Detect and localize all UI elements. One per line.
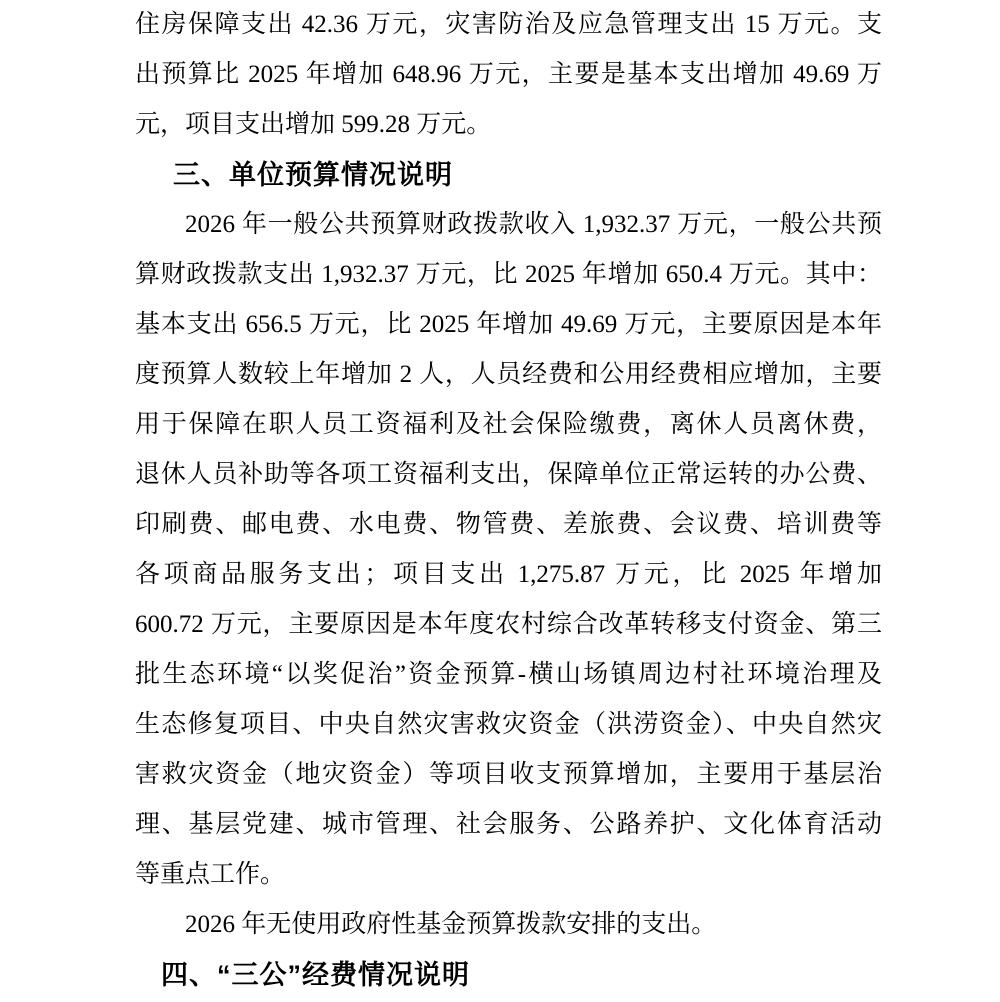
paragraph-line: 住房保障支出 42.36 万元，灾害防治及应急管理支出 15 万元。支: [135, 0, 882, 50]
paragraph-line: 等重点工作。: [135, 850, 882, 900]
paragraph-line: 退休人员补助等各项工资福利支出，保障单位正常运转的办公费、: [135, 450, 882, 500]
document-text-block: 住房保障支出 42.36 万元，灾害防治及应急管理支出 15 万元。支 出预算比…: [135, 0, 882, 1000]
paragraph-line: 600.72 万元，主要原因是本年度农村综合改革转移支付资金、第三: [135, 600, 882, 650]
paragraph-line: 用于保障在职人员工资福利及社会保险缴费，离休人员离休费，: [135, 400, 882, 450]
paragraph-line: 度预算人数较上年增加 2 人，人员经费和公用经费相应增加，主要: [135, 350, 882, 400]
paragraph-line: 元，项目支出增加 599.28 万元。: [135, 100, 882, 150]
document-page: 住房保障支出 42.36 万元，灾害防治及应急管理支出 15 万元。支 出预算比…: [0, 0, 1000, 1002]
paragraph-line: 2026 年一般公共预算财政拨款收入 1,932.37 万元，一般公共预: [135, 200, 882, 250]
paragraph-line: 算财政拨款支出 1,932.37 万元，比 2025 年增加 650.4 万元。…: [135, 250, 882, 300]
paragraph-line: 基本支出 656.5 万元，比 2025 年增加 49.69 万元，主要原因是本…: [135, 300, 882, 350]
paragraph-line: 各项商品服务支出；项目支出 1,275.87 万元，比 2025 年增加: [135, 550, 882, 600]
paragraph-line: 2026 年无使用政府性基金预算拨款安排的支出。: [135, 900, 882, 950]
section-heading: 三、单位预算情况说明: [135, 150, 882, 200]
paragraph-line: 批生态环境“以奖促治”资金预算-横山场镇周边村社环境治理及: [135, 650, 882, 700]
paragraph-line: 害救灾资金（地灾资金）等项目收支预算增加，主要用于基层治: [135, 750, 882, 800]
paragraph-line: 生态修复项目、中央自然灾害救灾资金（洪涝资金）、中央自然灾: [135, 700, 882, 750]
paragraph-line: 理、基层党建、城市管理、社会服务、公路养护、文化体育活动: [135, 800, 882, 850]
paragraph-line: 印刷费、邮电费、水电费、物管费、差旅费、会议费、培训费等: [135, 500, 882, 550]
paragraph-line: 出预算比 2025 年增加 648.96 万元，主要是基本支出增加 49.69 …: [135, 50, 882, 100]
section-heading: 四、“三公”经费情况说明: [135, 950, 882, 1000]
